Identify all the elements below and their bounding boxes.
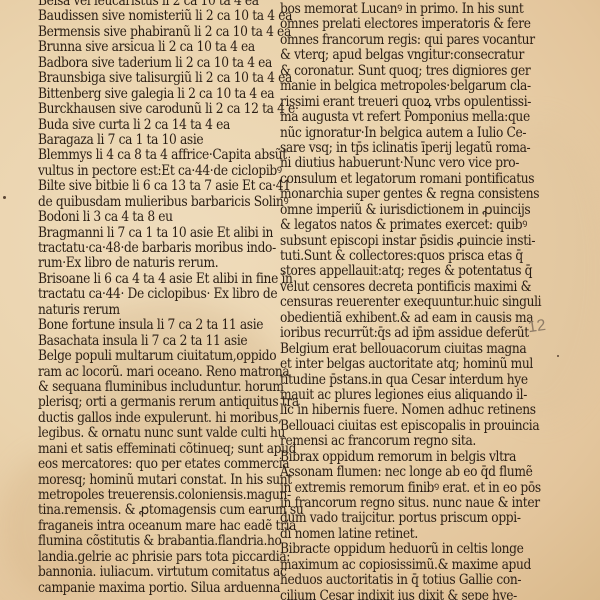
text-line: subsunt episcopi instar p̄sidis ꝓuincie … xyxy=(280,234,495,249)
text-line: Belge populi multarum ciuitatum,oppido xyxy=(38,349,273,364)
text-line: velut censores decreta pontificis maximi… xyxy=(280,280,495,295)
text-line: Blemmys li 4 ca 8 ta 4 affrice·Capita ab… xyxy=(38,148,273,163)
ink-speck xyxy=(3,196,6,199)
text-line: Badbora sive taderium li 2 ca 10 ta 4 ea xyxy=(38,56,273,71)
text-line: ma augusta vt refert Pomponius mella:que xyxy=(280,110,495,125)
text-line: naturis rerum xyxy=(38,303,273,318)
text-line: Bodoni li 3 ca 4 ta 8 eu xyxy=(38,210,273,225)
text-line: Bilte sive bitbie li 6 ca 13 ta 7 asie E… xyxy=(38,179,273,194)
text-line: metropoles treuerensis.coloniensis.magun… xyxy=(38,488,273,503)
text-line: maximum ac copiosissimũ.& maxime apud xyxy=(280,558,495,573)
text-line: Basachata insula li 7 ca 2 ta 11 asie xyxy=(38,334,273,349)
text-line: Bermensis sive phabiranũ li 2 ca 10 ta 4… xyxy=(38,25,273,40)
text-line: vultus in pectore est:Et ca·44·de ciclop… xyxy=(38,164,273,179)
text-line: landia.gelrie ac phrisie pars tota picca… xyxy=(38,550,273,565)
text-line: Bibrax oppidum remorum in belgis vltra xyxy=(280,450,495,465)
text-line: omnes prelati electores imperatoris & fe… xyxy=(280,17,495,32)
text-line: rum·Ex libro de naturis rerum. xyxy=(38,256,273,271)
text-line: et inter belgas auctoritate atq; hominũ … xyxy=(280,357,495,372)
text-line: ni diutius habuerunt·Nunc vero vice pro- xyxy=(280,156,495,171)
text-line: moresq; hominũ mutari constat. In his su… xyxy=(38,473,273,488)
text-line: censuras reuerenter exequuntur.huic sing… xyxy=(280,295,495,310)
text-line: Assonam flumen: nec longe ab eo q̄d flum… xyxy=(280,465,495,480)
text-line: tuti.Sunt & collectores:quos prisca etas… xyxy=(280,249,495,264)
pencil-folio-number: 12 xyxy=(527,317,547,337)
text-line: remensi ac francorum regno sita. xyxy=(280,434,495,449)
text-line: Baragaza li 7 ca 1 ta 10 asie xyxy=(38,133,273,148)
text-line: fraganeis intra oceanum mare hac eadẽ tr… xyxy=(38,519,273,534)
text-line: di nomen latine retinet. xyxy=(280,527,495,542)
text-line: ductis gallos inde expulerunt. hi moribu… xyxy=(38,411,273,426)
text-line: Belgium erat bellouacorum ciuitas magna xyxy=(280,342,495,357)
text-line: Burckhausen sive carodunũ li 2 ca 12 ta … xyxy=(38,102,273,117)
text-line: omnes francorum regis: qui pares vocantu… xyxy=(280,33,495,48)
text-line: Bone fortune insula li 7 ca 2 ta 11 asie xyxy=(38,318,273,333)
text-line: flumina cõstitutis & brabantia.flandria.… xyxy=(38,534,273,549)
text-line: plerisq; orti a germanis rerum antiquitu… xyxy=(38,395,273,410)
text-line: de quibusdam mulieribus barbaricis Solin… xyxy=(38,195,273,210)
text-line: consulum et legatorum romani pontificatu… xyxy=(280,172,495,187)
text-line: tractatu·ca·48·de barbaris moribus indo- xyxy=(38,241,273,256)
text-line: ioribus recurrũt:q̄s ad ip̄m assidue def… xyxy=(280,326,495,341)
text-line: in francorum regno situs. nunc naue & in… xyxy=(280,496,495,511)
ink-speck xyxy=(557,355,559,357)
text-line: manie in belgica metropoles·belgarum cla… xyxy=(280,79,495,94)
text-line: monarchia super gentes & regna consisten… xyxy=(280,187,495,202)
text-line: campanie maxima portio. Silua arduenna xyxy=(38,581,273,596)
text-line: stores appellauit:atq; reges & potentatu… xyxy=(280,264,495,279)
text-line: tina.remensis. & ꝓtomagensis cum earum s… xyxy=(38,503,273,518)
text-line: bannonia. iuliacum. virtutum comitatus a… xyxy=(38,565,273,580)
text-line: Brisoane li 6 ca 4 ta 4 asie Et alibi in… xyxy=(38,272,273,287)
text-line: & vterq; apud belgas vngitur:consecratur xyxy=(280,48,495,63)
left-text-column: Beisa vel leucaristus li 2 ca 10 ta 4 ea… xyxy=(38,0,273,596)
text-line: Braunsbiga sive talisurgiũ li 2 ca 10 ta… xyxy=(38,71,273,86)
text-line: & coronatur. Sunt quoq; tres digniores g… xyxy=(280,64,495,79)
text-line: tractatu ca·44· De ciclopibus· Ex libro … xyxy=(38,287,273,302)
text-line: mauit ac plures legiones eius aliquando … xyxy=(280,388,495,403)
text-line: mani et satis effeminati cõtinueq; sunt … xyxy=(38,442,273,457)
text-line: titudine p̄stans.in qua Cesar interdum h… xyxy=(280,373,495,388)
text-line: Brunna sive arsicua li 2 ca 10 ta 4 ea xyxy=(38,40,273,55)
text-line: heduos auctoritatis in q̄ totius Gallie … xyxy=(280,573,495,588)
text-line: Buda sive curta li 2 ca 14 ta 4 ea xyxy=(38,118,273,133)
text-line: Bellouaci ciuitas est episcopalis in pro… xyxy=(280,419,495,434)
text-line: nũc ignoratur·In belgica autem a Iulio C… xyxy=(280,126,495,141)
text-line: omne imperiũ & iurisdictionem in ꝓuincij… xyxy=(280,203,495,218)
text-line: Baudissen sive nomisteriũ li 2 ca 10 ta … xyxy=(38,9,273,24)
text-line: sare vsq; in tp̄s iclinatis īperij legat… xyxy=(280,141,495,156)
text-line: Bibracte oppidum heduorũ in celtis longe xyxy=(280,542,495,557)
right-text-column: bos memorat Lucanꝰ in primo. In his sunt… xyxy=(280,2,495,600)
text-line: rissimi erant treueri quoꝝ vrbs opulenti… xyxy=(280,95,495,110)
text-line: bos memorat Lucanꝰ in primo. In his sunt xyxy=(280,2,495,17)
text-line: ram ac locorũ. mari oceano. Reno matrona xyxy=(38,365,273,380)
text-line: lic in hibernis fuere. Nomen adhuc retin… xyxy=(280,403,495,418)
text-line: dum vado traijcitur. portus priscum oppi… xyxy=(280,511,495,526)
text-line: Bittenberg sive galegia li 2 ca 10 ta 4 … xyxy=(38,87,273,102)
text-line: in extremis remorum finibꝰ erat. et in e… xyxy=(280,481,495,496)
text-line: obedientiã exhibent.& ad eam in causis m… xyxy=(280,311,495,326)
text-line: legibus. & ornatu nunc sunt valde culti … xyxy=(38,426,273,441)
text-line: eos mercatores: quo per etates commercia xyxy=(38,457,273,472)
text-line: cilium Cesar indixit ius dixit & sepe hy… xyxy=(280,589,495,600)
text-line: & legatos natos & primates exercet: quib… xyxy=(280,218,495,233)
text-line: & sequana fluminibus includuntur. horum xyxy=(38,380,273,395)
text-line: Bragmanni li 7 ca 1 ta 10 asie Et alibi … xyxy=(38,226,273,241)
